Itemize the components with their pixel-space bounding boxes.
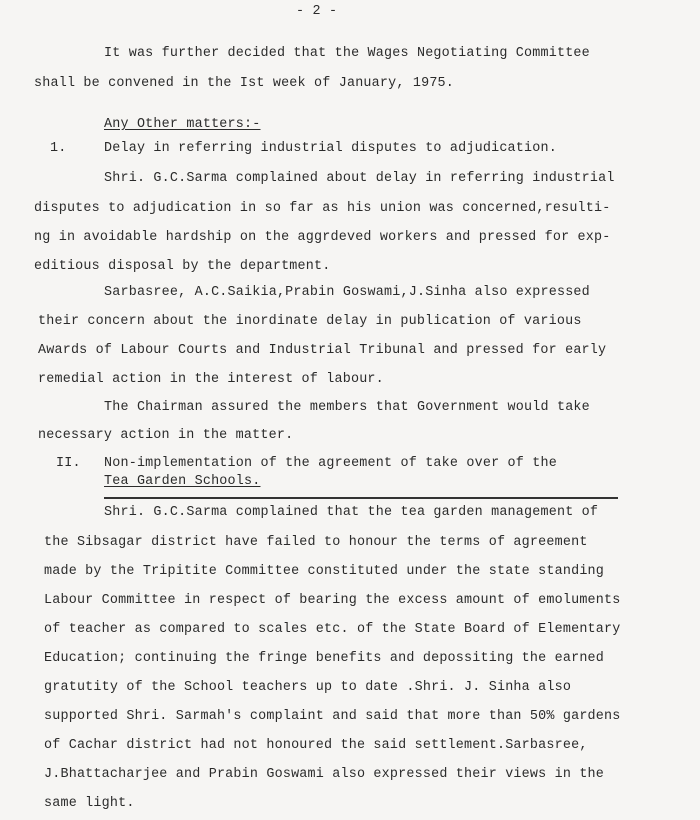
text-line: made by the Tripitite Committee constitu… [44, 564, 604, 579]
text-line: remedial action in the interest of labou… [38, 372, 384, 387]
item-number: II. [56, 456, 81, 471]
text-line: of teacher as compared to scales etc. of… [44, 622, 621, 637]
text-line: It was further decided that the Wages Ne… [104, 46, 590, 61]
text-line: of Cachar district had not honoured the … [44, 738, 588, 753]
text-line: Sarbasree, A.C.Saikia,Prabin Goswami,J.S… [104, 285, 590, 300]
text-line: necessary action in the matter. [38, 428, 293, 443]
text-line: J.Bhattacharjee and Prabin Goswami also … [44, 767, 604, 782]
text-line: supported Shri. Sarmah's complaint and s… [44, 709, 621, 724]
document-page: - 2 - It was further decided that the Wa… [0, 0, 700, 820]
item-title-continued: Tea Garden Schools. [104, 474, 260, 489]
text-line: their concern about the inordinate delay… [38, 314, 582, 329]
text-line: Labour Committee in respect of bearing t… [44, 593, 621, 608]
item-title: Non-implementation of the agreement of t… [104, 456, 557, 471]
item-title: Delay in referring industrial disputes t… [104, 141, 557, 156]
text-line: The Chairman assured the members that Go… [104, 400, 590, 415]
text-line: ng in avoidable hardship on the aggrdeve… [34, 230, 611, 245]
text-line: Education; continuing the fringe benefit… [44, 651, 604, 666]
underline-rule [104, 497, 618, 499]
text-line: editious disposal by the department. [34, 259, 331, 274]
text-line: shall be convened in the Ist week of Jan… [34, 76, 454, 91]
text-line: Shri. G.C.Sarma complained about delay i… [104, 171, 615, 186]
page-number: - 2 - [296, 4, 337, 19]
section-heading: Any Other matters:- [104, 117, 260, 132]
item-number: 1. [50, 141, 66, 156]
text-line: the Sibsagar district have failed to hon… [44, 535, 588, 550]
text-line: Awards of Labour Courts and Industrial T… [38, 343, 606, 358]
text-line: same light. [44, 796, 135, 811]
text-line: disputes to adjudication in so far as hi… [34, 201, 611, 216]
text-line: Shri. G.C.Sarma complained that the tea … [104, 505, 598, 520]
text-line: gratutity of the School teachers up to d… [44, 680, 571, 695]
